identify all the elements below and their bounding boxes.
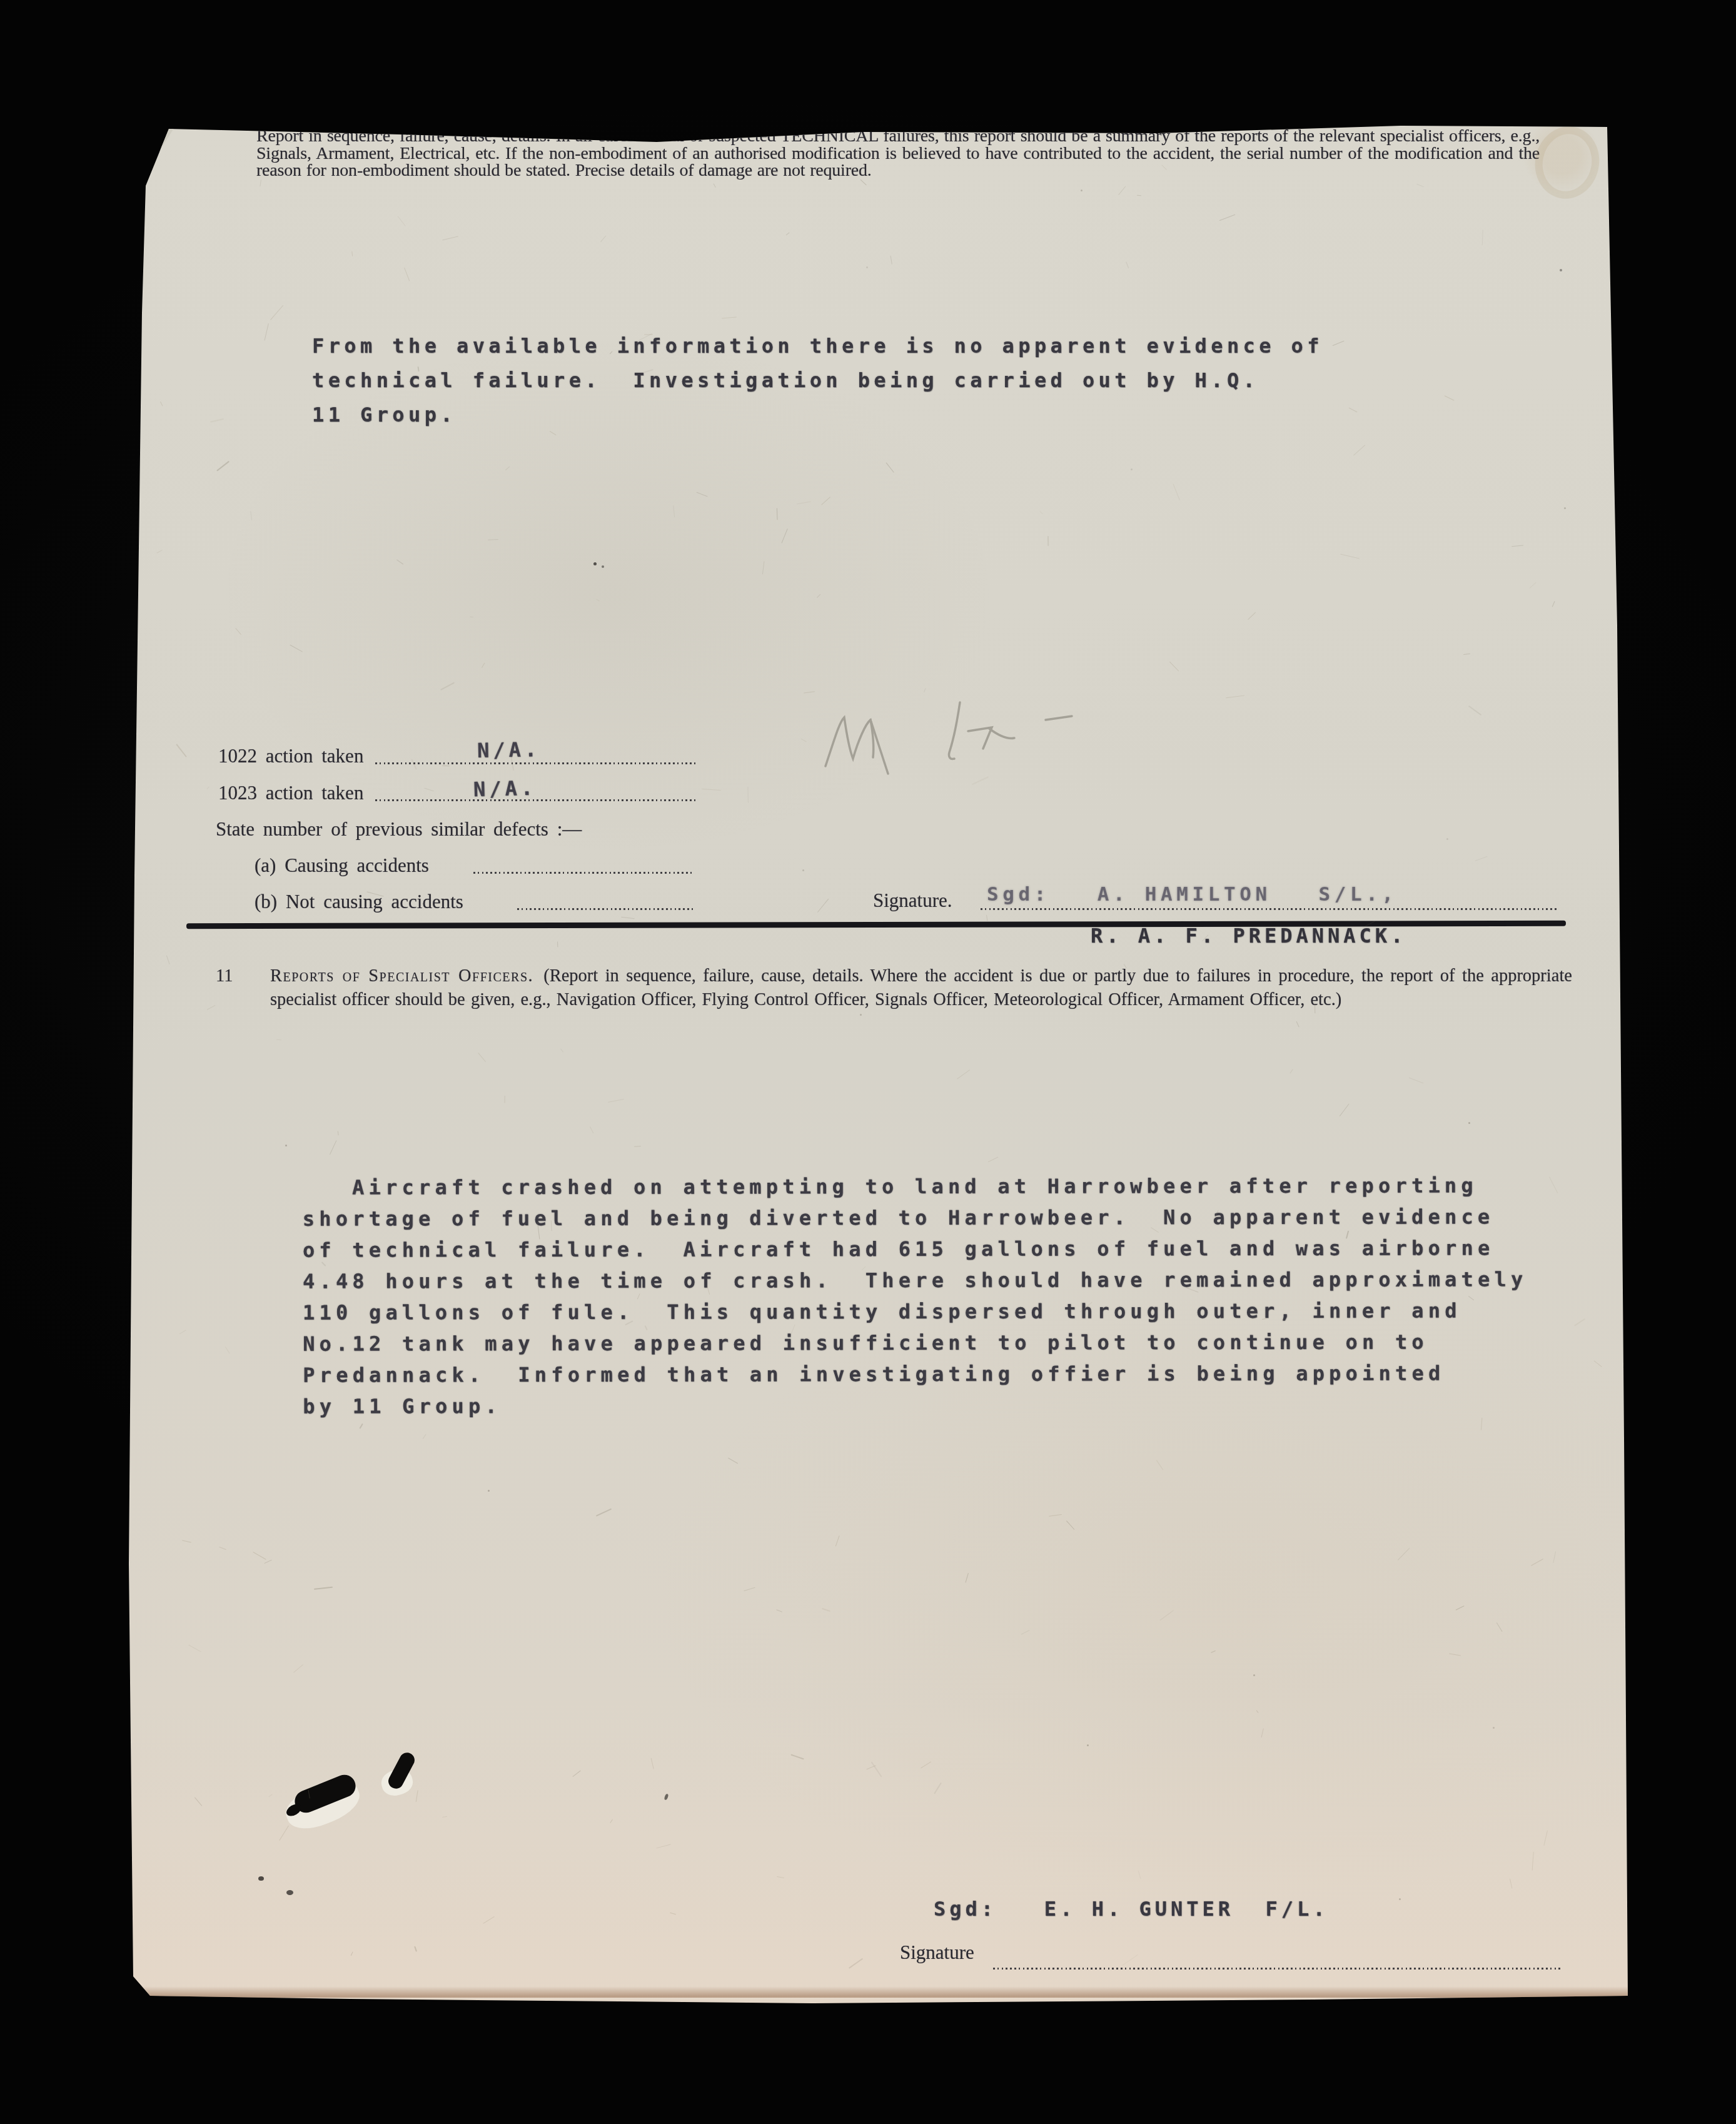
footer-signature-label: Signature — [900, 1941, 974, 1964]
section11-number: 11 — [216, 964, 233, 988]
footer-typed-name: Sgd: E. H. GUNTER F/L. — [934, 1897, 1329, 1921]
field-1022-leader — [375, 762, 695, 764]
typed-memo-paragraph: From the available information there is … — [312, 329, 1323, 432]
document-page: Report in sequence, failure, cause, deta… — [0, 0, 1736, 2124]
field-1023-value: N/A. — [473, 776, 537, 802]
ink-speck — [602, 565, 604, 568]
signature-typed-unit: R. A. F. PREDANNACK. — [1091, 924, 1406, 948]
pencil-scribble — [800, 679, 1101, 797]
section11-paragraph: Reports of Specialist Officers.(Report i… — [270, 964, 1572, 1012]
footer-signature-leader — [993, 1968, 1562, 1970]
scan-background: Report in sequence, failure, cause, deta… — [0, 0, 1736, 2124]
torn-hole-large — [285, 1775, 366, 1828]
signature-leader — [981, 908, 1558, 910]
header-instruction-note: Report in sequence, failure, cause, deta… — [256, 128, 1540, 180]
ink-speck — [593, 562, 597, 565]
paper-bottom-edge-shadow — [133, 1986, 1628, 1998]
torn-hole-small — [379, 1750, 423, 1800]
defect-a-label: (a) Causing accidents — [255, 854, 429, 877]
field-1023-label: 1023 action taken — [218, 782, 363, 804]
folded-corner — [134, 104, 174, 191]
typed-report-paragraph: Aircraft crashed on attempting to land a… — [303, 1170, 1528, 1422]
ink-speck — [1560, 269, 1562, 271]
defect-b-leader — [517, 908, 694, 910]
ink-speck — [258, 1876, 264, 1881]
stain-mark — [1528, 121, 1606, 205]
defect-a-leader — [473, 872, 694, 874]
defect-b-label: (b) Not causing accidents — [255, 891, 463, 913]
signature-label: Signature. — [873, 889, 952, 912]
signature-typed-name: Sgd: A. HAMILTON S/L., — [987, 883, 1398, 906]
field-1022-label: 1022 action taken — [218, 745, 363, 767]
ink-speck — [286, 1890, 293, 1895]
defects-heading: State number of previous similar defects… — [216, 818, 582, 841]
ink-speck — [664, 1793, 669, 1800]
section11-heading: Reports of Specialist Officers. — [270, 966, 533, 986]
field-1022-value: N/A. — [477, 737, 541, 762]
